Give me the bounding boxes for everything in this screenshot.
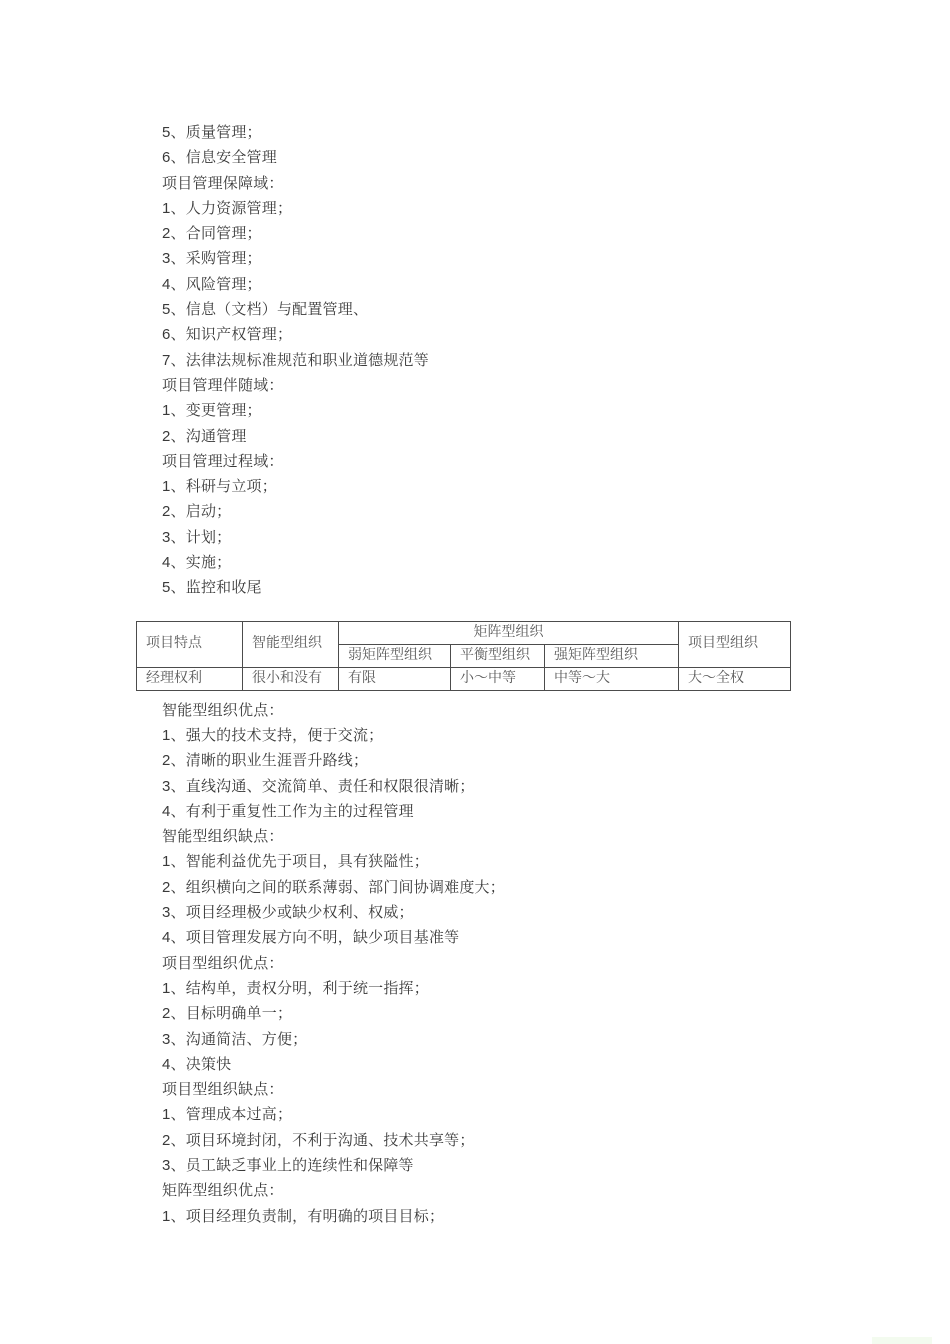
table-header-row-1: 项目特点 智能型组织 矩阵型组织 项目型组织 (137, 621, 791, 644)
text-line: 4、风险管理； (162, 272, 890, 297)
text-line: 项目管理伴随域： (162, 373, 890, 398)
table-cell-strong: 中等～大 (545, 667, 679, 690)
text-line: 6、信息安全管理 (162, 145, 890, 170)
text-line: 2、清晰的职业生涯晋升路线； (162, 748, 890, 773)
text-line: 4、项目管理发展方向不明，缺少项目基准等 (162, 925, 890, 950)
text-line: 1、科研与立项； (162, 474, 890, 499)
text-line: 5、信息（文档）与配置管理、 (162, 297, 890, 322)
document-page: 5、质量管理；6、信息安全管理项目管理保障域：1、人力资源管理；2、合同管理；3… (0, 0, 950, 1344)
text-line: 智能型组织缺点： (162, 824, 890, 849)
text-line: 2、项目环境封闭，不利于沟通、技术共享等； (162, 1128, 890, 1153)
text-line: 项目管理保障域： (162, 171, 890, 196)
text-line: 1、变更管理； (162, 398, 890, 423)
table-header-weak-matrix: 弱矩阵型组织 (339, 644, 451, 667)
table-cell-functional: 很小和没有 (243, 667, 339, 690)
text-block-bottom: 智能型组织优点：1、强大的技术支持，便于交流；2、清晰的职业生涯晋升路线；3、直… (162, 698, 890, 1229)
table-cell-projectized: 大～全权 (679, 667, 791, 690)
organization-comparison-table: 项目特点 智能型组织 矩阵型组织 项目型组织 弱矩阵型组织 平衡型组织 强矩阵型… (136, 621, 791, 691)
text-line: 2、组织横向之间的联系薄弱、部门间协调难度大； (162, 875, 890, 900)
text-line: 2、目标明确单一； (162, 1001, 890, 1026)
table-cell-feature: 经理权利 (137, 667, 243, 690)
text-line: 2、启动； (162, 499, 890, 524)
watermark-fragment (872, 1337, 932, 1344)
table-data-row-manager-authority: 经理权利 很小和没有 有限 小～中等 中等～大 大～全权 (137, 667, 791, 690)
text-line: 3、计划； (162, 525, 890, 550)
text-line: 1、管理成本过高； (162, 1102, 890, 1127)
table-header-matrix-org: 矩阵型组织 (339, 621, 679, 644)
table-header-balanced: 平衡型组织 (451, 644, 545, 667)
text-line: 7、法律法规标准规范和职业道德规范等 (162, 348, 890, 373)
text-line: 1、强大的技术支持，便于交流； (162, 723, 890, 748)
text-line: 矩阵型组织优点： (162, 1178, 890, 1203)
text-line: 2、沟通管理 (162, 424, 890, 449)
text-line: 3、直线沟通、交流简单、责任和权限很清晰； (162, 774, 890, 799)
text-line: 项目型组织缺点： (162, 1077, 890, 1102)
table-header-projectized-org: 项目型组织 (679, 621, 791, 667)
text-line: 4、实施； (162, 550, 890, 575)
table-header-functional-org: 智能型组织 (243, 621, 339, 667)
text-line: 1、项目经理负责制，有明确的项目目标； (162, 1204, 890, 1229)
text-line: 2、合同管理； (162, 221, 890, 246)
text-line: 1、结构单，责权分明，利于统一指挥； (162, 976, 890, 1001)
text-line: 3、员工缺乏事业上的连续性和保障等 (162, 1153, 890, 1178)
text-line: 3、项目经理极少或缺少权利、权威； (162, 900, 890, 925)
text-line: 项目管理过程域： (162, 449, 890, 474)
text-block-top: 5、质量管理；6、信息安全管理项目管理保障域：1、人力资源管理；2、合同管理；3… (162, 120, 890, 601)
text-line: 智能型组织优点： (162, 698, 890, 723)
text-line: 1、人力资源管理； (162, 196, 890, 221)
text-line: 5、监控和收尾 (162, 575, 890, 600)
table-header-project-feature: 项目特点 (137, 621, 243, 667)
text-line: 3、采购管理； (162, 246, 890, 271)
table-cell-balanced: 小～中等 (451, 667, 545, 690)
text-line: 6、知识产权管理； (162, 322, 890, 347)
text-line: 3、沟通简洁、方便； (162, 1027, 890, 1052)
table-header-strong-matrix: 强矩阵型组织 (545, 644, 679, 667)
text-line: 4、有利于重复性工作为主的过程管理 (162, 799, 890, 824)
table-cell-weak: 有限 (339, 667, 451, 690)
text-line: 5、质量管理； (162, 120, 890, 145)
text-line: 项目型组织优点： (162, 951, 890, 976)
text-line: 1、智能利益优先于项目，具有狭隘性； (162, 849, 890, 874)
text-line: 4、决策快 (162, 1052, 890, 1077)
